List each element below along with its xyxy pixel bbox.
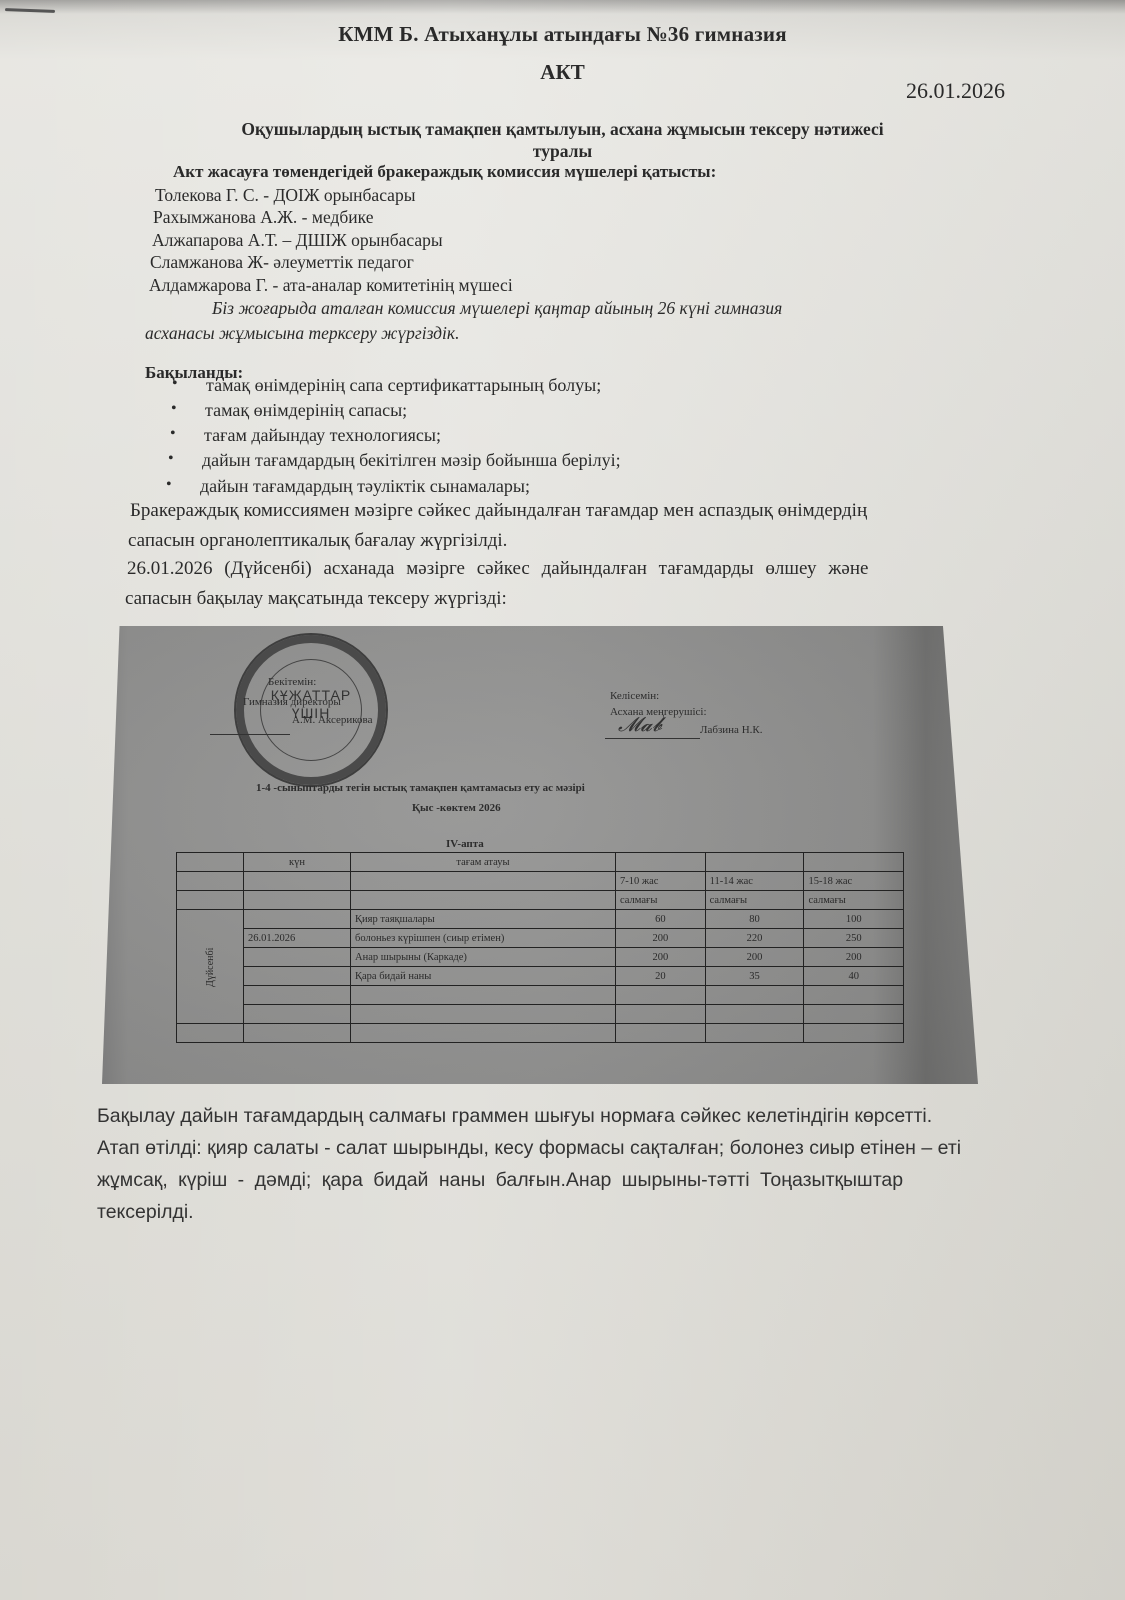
table-cell [705,1024,804,1043]
paragraph-line: сапасын органолептикалық бағалау жүргізі… [128,530,507,552]
paragraph-line: 26.01.2026 (Дүйсенбі) асханада мәзірге с… [127,558,1043,580]
header-weight: салмағы [804,891,904,910]
official-stamp: ҚҰЖАТТАР ҮШІН [234,633,388,787]
table-cell [177,891,244,910]
day-date: 26.01.2026 [244,929,351,948]
signature-line [210,734,290,735]
conclusion-line: жұмсақ, күріш - дәмді; қара бидай наны б… [97,1164,961,1196]
approved-label: Бекітемін: [268,676,316,688]
dish-weight: 200 [705,948,804,967]
table-row [177,1005,904,1024]
table-cell [177,872,244,891]
signature-scribble: 𝓜𝓪𝓫 [618,712,662,736]
day-name: Дүйсенбі [177,910,244,1024]
paragraph-line: сапасын бақылау мақсатында тексеру жүргі… [125,588,507,610]
agreed-label: Келісемін: [610,690,659,702]
observed-item: тамақ өнімдерінің сапа сертификаттарының… [206,375,601,396]
table-row: Қара бидай наны 20 35 40 [177,967,904,986]
member-item: Рахымжанова А.Ж. - медбике [153,207,374,228]
observed-item: тағам дайындау технологиясы; [204,425,441,446]
dish-name: Анар шырыны (Каркаде) [351,948,616,967]
table-cell [804,1005,904,1024]
member-item: Сламжанова Ж- әлеуметтік педагог [150,252,414,273]
dish-name: болоньез күрішпен (сиыр етімен) [351,929,616,948]
header-age-group: 15-18 жас [804,872,904,891]
table-cell [177,853,244,872]
table-cell [804,986,904,1005]
dish-weight: 60 [616,910,706,929]
subject-line: Оқушылардың ыстық тамақпен қамтылуын, ас… [0,118,1125,140]
statement-line: асханасы жұмысына терксеру жүргіздік. [145,323,459,344]
table-cell [616,1024,706,1043]
approved-name: А.М. Аксерикова [292,714,373,726]
member-item: Алжапарова А.Т. – ДШІЖ орынбасары [152,230,443,251]
menu-week: IV-апта [446,838,484,850]
dish-name: Қара бидай наны [351,967,616,986]
document-page: КММ Б. Атыханұлы атындағы №36 гимназия А… [0,0,1125,1600]
table-row: 26.01.2026 болоньез күрішпен (сиыр етіме… [177,929,904,948]
dish-weight: 200 [804,948,904,967]
statement-text: Біз жоғарыда аталған комиссия мүшелері қ… [212,298,1022,319]
table-row [177,1024,904,1043]
approved-role: Гимназия директоры [243,696,341,708]
table-cell [244,986,351,1005]
table-cell [244,891,351,910]
observed-item: дайын тағамдардың тәуліктік сынамалары; [200,476,530,497]
dish-weight: 100 [804,910,904,929]
header-dish: тағам атауы [351,853,616,872]
table-cell [244,910,351,929]
member-item: Алдамжарова Г. - ата-аналар комитетінің … [149,275,513,296]
table-row [177,986,904,1005]
menu-season: Қыс -көктем 2026 [412,802,501,814]
table-cell [351,872,616,891]
table-cell [705,986,804,1005]
table-cell [804,1024,904,1043]
table-cell [351,986,616,1005]
dish-weight: 40 [804,967,904,986]
dish-weight: 80 [705,910,804,929]
signature-line [605,738,700,739]
document-subject: Оқушылардың ыстық тамақпен қамтылуын, ас… [0,118,1125,162]
table-cell [804,853,904,872]
menu-table: күн тағам атауы 7-10 жас 11-14 жас 15-18… [176,852,904,1043]
subject-line: туралы [0,140,1125,162]
organization-title: КММ Б. Атыханұлы атындағы №36 гимназия [0,22,1125,47]
conclusion-line: Бақылау дайын тағамдардың салмағы грамме… [97,1100,961,1132]
header-weight: салмағы [616,891,706,910]
header-age-group: 11-14 жас [705,872,804,891]
conclusion-line: тексерілді. [97,1196,961,1228]
table-cell [616,986,706,1005]
agreed-name: Лабзина Н.К. [700,724,762,736]
table-cell [244,1024,351,1043]
observed-item: дайын тағамдардың бекітілген мәзір бойын… [202,450,621,471]
conclusion-text: Бақылау дайын тағамдардың салмағы грамме… [97,1100,961,1228]
dish-weight: 250 [804,929,904,948]
observed-item: тамақ өнімдерінің сапасы; [205,400,407,421]
paragraph-line: Бракераждық комиссиямен мәзірге сәйкес д… [130,500,867,522]
table-cell [244,1005,351,1024]
table-cell [351,1005,616,1024]
statement-line: Біз жоғарыда аталған комиссия мүшелері қ… [212,298,782,319]
document-date: 26.01.2026 [906,78,1005,104]
table-row: Анар шырыны (Каркаде) 200 200 200 [177,948,904,967]
table-cell [177,1024,244,1043]
table-cell [244,967,351,986]
dish-weight: 200 [616,929,706,948]
dish-weight: 200 [616,948,706,967]
table-cell [244,948,351,967]
menu-title: 1-4 -сыныптарды тегін ыстық тамақпен қам… [256,782,585,794]
dish-weight: 220 [705,929,804,948]
table-cell [616,1005,706,1024]
table-cell [705,853,804,872]
table-cell [351,891,616,910]
table-cell [705,1005,804,1024]
dish-weight: 20 [616,967,706,986]
dish-name: Қияр таяқшалары [351,910,616,929]
header-weight: салмағы [705,891,804,910]
table-cell [616,853,706,872]
pen-mark [5,8,55,13]
header-age-group: 7-10 жас [616,872,706,891]
table-cell [244,872,351,891]
table-cell [351,1024,616,1043]
conclusion-line: Атап өтілді: қияр салаты - салат шырынды… [97,1132,961,1164]
header-day: күн [244,853,351,872]
table-row: Дүйсенбі Қияр таяқшалары 60 80 100 [177,910,904,929]
member-item: Толекова Г. С. - ДОІЖ орынбасары [155,185,415,206]
dish-weight: 35 [705,967,804,986]
members-intro: Акт жасауға төмендегідей бракераждық ком… [173,162,716,182]
